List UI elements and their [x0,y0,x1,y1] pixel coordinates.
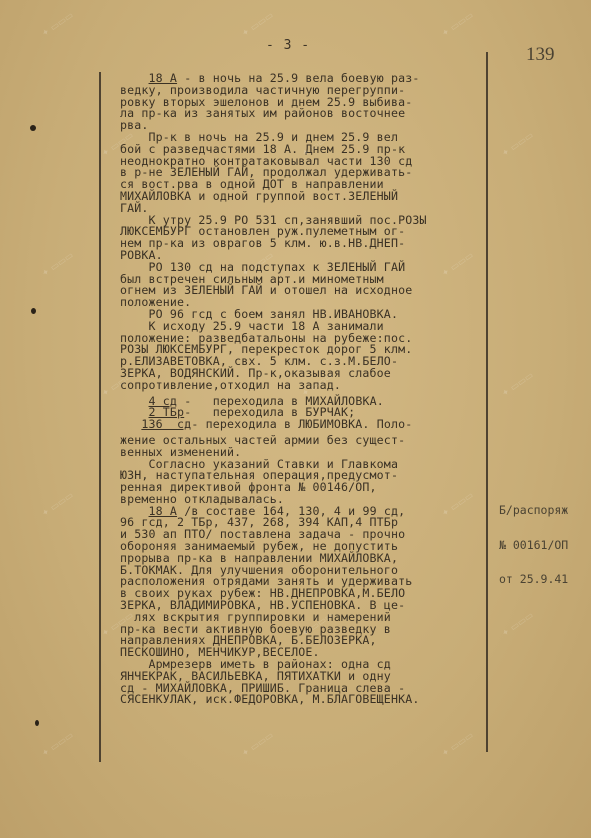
watermark: ✦ ▭▭▭ [40,491,75,520]
left-margin-rule [99,72,101,762]
margin-reference-note: Б/распоряж № 00161/ОП от 25.9.41 [499,482,568,609]
text-line: сопротивление,отходил на запад. [120,380,492,392]
margin-note-line: Б/распоряж [499,505,568,517]
text-line: МИХАЙЛОВКА и одной группой вост.ЗЕЛЕНЫЙ [120,191,492,203]
watermark: ✦ ▭▭▭ [240,731,275,760]
margin-note-line: № 00161/ОП [499,540,568,552]
text-line: 136 сд- переходила в ЛЮБИМОВКА. Поло- [120,419,492,431]
text-line: нем пр-ка из оврагов 5 клм. ю.в.НВ.ДНЕП- [120,238,492,250]
page-number: - 3 - [266,38,310,53]
typewritten-body-text: 18 А - в ночь на 25.9 вела боевую раз-ве… [120,73,492,706]
watermark: ✦ ▭▭▭ [40,251,75,280]
watermark: ✦ ▭▭▭ [240,11,275,40]
text-line: ла пр-ка из занятых им районов восточнее [120,108,492,120]
margin-note-line: от 25.9.41 [499,574,568,586]
binding-hole-icon [30,125,36,131]
archive-folio-number: 139 [526,44,555,66]
watermark: ✦ ▭▭▭ [500,131,535,160]
binding-hole-icon [35,720,39,726]
scanned-document-page: - 3 - 139 18 А - в ночь на 25.9 вела бое… [0,0,591,838]
watermark: ✦ ▭▭▭ [500,611,535,640]
watermark: ✦ ▭▭▭ [40,11,75,40]
underlined-unit-label: 136 сд [141,417,191,431]
watermark: ✦ ▭▭▭ [40,731,75,760]
watermark: ✦ ▭▭▭ [440,11,475,40]
watermark: ✦ ▭▭▭ [500,371,535,400]
watermark: ✦ ▭▭▭ [440,731,475,760]
text-line: СЯСЕНКУЛАК, иск.ФЕДОРОВКА, М.БЛАГОВЕЩЕНК… [120,694,492,706]
binding-hole-icon [31,308,36,314]
